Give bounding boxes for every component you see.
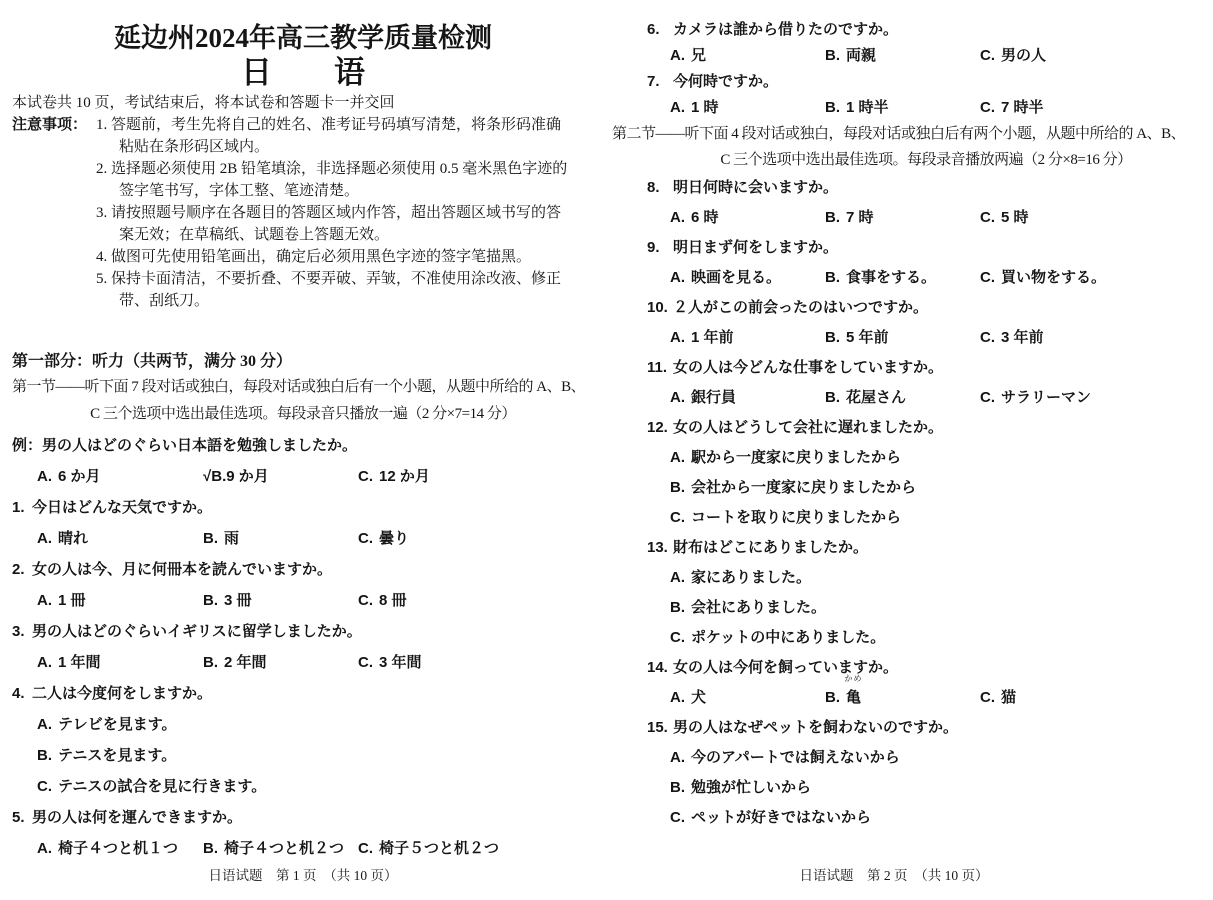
option-b-label: B.	[825, 683, 846, 713]
option-a-text: 1 時	[691, 99, 719, 116]
option-b-label: B.	[203, 833, 224, 864]
option-a: A.椅子４つと机１つ	[37, 833, 203, 864]
question-text: 今日はどんな天気ですか。	[32, 492, 212, 523]
question-number: 7.	[647, 69, 673, 95]
question-text: 女の人は今、月に何冊本を読んでいますか。	[32, 554, 332, 585]
option-b-text: 9 か月	[226, 468, 269, 485]
question-13: 13. 財布はどこにありましたか。	[647, 533, 1205, 563]
option-c-label: C.	[980, 43, 1001, 69]
option-a-label: A.	[37, 709, 58, 740]
option-b-label: B.	[825, 263, 846, 293]
option-c: C.5 時	[980, 203, 1029, 233]
option-c-label: C.	[358, 647, 379, 678]
option-b: B.両親	[825, 43, 980, 69]
notice-item-1: 1. 答题前，考生先将自己的姓名、准考证号码填写清楚，将条形码准确粘贴在条形码区…	[96, 114, 568, 158]
option-c-label: C.	[980, 203, 1001, 233]
question-15: 15. 男の人はなぜペットを飼わないのですか。	[647, 713, 1205, 743]
example-options: A.6 か月 √B.9 か月 C.12 か月	[12, 461, 594, 492]
option-a: A.6 か月	[37, 461, 203, 492]
question-9: 9. 明日まず何をしますか。	[647, 233, 1205, 263]
page-title: 延边州2024年高三教学质量检测	[12, 22, 594, 54]
option-a: A.映画を見る。	[670, 263, 825, 293]
option-b-text: 両親	[846, 47, 876, 64]
option-c: C.猫	[980, 683, 1016, 713]
option-a-label: A.	[670, 95, 691, 121]
option-b-label: B.	[825, 383, 846, 413]
option-b: B.かめ亀	[825, 683, 980, 713]
option-a: A.駅から一度家に戻りましたから	[647, 443, 1205, 473]
question-7-options: A.1 時 B.1 時半 C.7 時半	[647, 95, 1205, 121]
option-b-text: 会社にありました。	[691, 599, 826, 616]
option-a: A.1 年前	[670, 323, 825, 353]
question-8: 8. 明日何時に会いますか。	[647, 173, 1205, 203]
option-c-text: ペットが好きではないから	[691, 809, 871, 826]
question-12: 12. 女の人はどうして会社に遅れましたか。	[647, 413, 1205, 443]
option-b-text: 勉強が忙しいから	[691, 779, 811, 796]
subject-title: 日 语	[12, 54, 594, 92]
question-11: 11. 女の人は今どんな仕事をしていますか。	[647, 353, 1205, 383]
question-6-options: A.兄 B.両親 C.男の人	[647, 43, 1205, 69]
option-a-text: 駅から一度家に戻りましたから	[691, 449, 901, 466]
option-b: B.5 年前	[825, 323, 980, 353]
option-b-text: 雨	[224, 530, 239, 547]
option-c-text: 曇り	[379, 530, 409, 547]
option-c-text: 5 時	[1001, 209, 1029, 226]
option-a: A.テレビを見ます。	[12, 709, 594, 740]
part1-heading: 第一部分：听力（共两节，满分 30 分）	[12, 350, 594, 374]
option-c-label: C.	[670, 503, 691, 533]
option-b-label: B.	[825, 203, 846, 233]
notice-item-3: 3. 请按照题号顺序在各题目的答题区域内作答，超出答题区域书写的答案无效；在草稿…	[96, 202, 568, 246]
notice-item-2: 2. 选择题必须使用 2B 铅笔填涂，非选择题必须使用 0.5 毫米黑色字迹的签…	[96, 158, 568, 202]
option-a-text: 6 か月	[58, 468, 101, 485]
option-b-label: B.	[203, 523, 224, 554]
question-5: 5. 男の人は何を運んできますか。	[12, 802, 594, 833]
option-b-label: B.	[203, 585, 224, 616]
notice-item-5: 5. 保持卡面清洁，不要折叠、不要弄破、弄皱，不准使用涂改液、修正带、刮纸刀。	[96, 268, 568, 312]
option-a-label: A.	[37, 833, 58, 864]
option-c: C.8 冊	[358, 585, 407, 616]
option-a-label: A.	[37, 523, 58, 554]
option-a-text: 今のアパートでは飼えないから	[691, 749, 900, 766]
option-a-text: 晴れ	[58, 530, 88, 547]
question-number: 5.	[12, 802, 32, 833]
option-a-label: A.	[670, 563, 691, 593]
option-b-label: B.	[670, 593, 691, 623]
section2-intro-line2: C 三个选项中选出最佳选项。每段录音播放两遍（2 分×8=16 分）	[647, 147, 1205, 173]
question-3: 3. 男の人はどのぐらいイギリスに留学しましたか。	[12, 616, 594, 647]
option-c-text: 買い物をする。	[1001, 269, 1106, 286]
option-b: B.会社にありました。	[647, 593, 1205, 623]
option-b: B.テニスを見ます。	[12, 740, 594, 771]
question-4: 4. 二人は今度何をしますか。	[12, 678, 594, 709]
question-number: 8.	[647, 173, 673, 203]
question-number: 1.	[12, 492, 32, 523]
option-a-text: 銀行員	[691, 389, 736, 406]
option-b: B.3 冊	[203, 585, 358, 616]
option-c-text: テニスの試合を見に行きます。	[58, 778, 266, 795]
option-b-label: B.	[825, 43, 846, 69]
option-a-text: 1 冊	[58, 592, 86, 609]
option-b: B.花屋さん	[825, 383, 980, 413]
question-text: 男の人は何を運んできますか。	[32, 802, 242, 833]
question-text: 明日まず何をしますか。	[673, 233, 838, 263]
option-c-label: C.	[670, 623, 691, 653]
option-c-label: C.	[358, 833, 379, 864]
option-b-text: 7 時	[846, 209, 874, 226]
question-number: 3.	[12, 616, 32, 647]
option-b-label: B.	[203, 647, 224, 678]
example-label: 例：	[12, 430, 42, 461]
option-c-label: C.	[980, 263, 1001, 293]
document: 延边州2024年高三教学质量检测 日 语 本试卷共 10 页，考试结束后，将本试…	[0, 0, 1213, 900]
option-b-label: B.	[825, 95, 846, 121]
kame-with-furigana: かめ亀	[846, 683, 861, 713]
question-11-options: A.銀行員 B.花屋さん C.サラリーマン	[647, 383, 1205, 413]
option-c-label: C.	[670, 803, 691, 833]
option-c: C.ペットが好きではないから	[647, 803, 1205, 833]
option-b: B.雨	[203, 523, 358, 554]
question-text: 今何時ですか。	[673, 69, 778, 95]
option-a-text: 家にありました。	[691, 569, 811, 586]
option-a-text: 椅子４つと机１つ	[58, 840, 178, 857]
furigana: かめ	[845, 675, 863, 683]
option-b-text: 5 年前	[846, 329, 889, 346]
option-c: C.曇り	[358, 523, 409, 554]
option-c-text: ポケットの中にありました。	[691, 629, 885, 646]
option-c-label: C.	[358, 585, 379, 616]
option-a-text: テレビを見ます。	[58, 716, 177, 733]
option-c-text: 12 か月	[379, 468, 430, 485]
option-c-text: 男の人	[1001, 47, 1046, 64]
option-b: B.会社から一度家に戻りましたから	[647, 473, 1205, 503]
question-5-options: A.椅子４つと机１つ B.椅子４つと机２つ C.椅子５つと机２つ	[12, 833, 594, 864]
option-a: A.兄	[670, 43, 825, 69]
option-b-text: 3 冊	[224, 592, 252, 609]
question-number: 13.	[647, 533, 673, 563]
option-c: C.サラリーマン	[980, 383, 1091, 413]
notice-items: 1. 答题前，考生先将自己的姓名、准考证号码填写清楚，将条形码准确粘贴在条形码区…	[96, 114, 568, 312]
question-14-options: A.犬 B.かめ亀 C.猫	[647, 683, 1205, 713]
option-a-text: 1 年前	[691, 329, 734, 346]
option-c-text: 7 時半	[1001, 99, 1044, 116]
notice-label: 注意事项：	[12, 114, 96, 312]
option-c-label: C.	[980, 383, 1001, 413]
question-text: 女の人は今何を飼っていますか。	[673, 653, 898, 683]
option-a-text: 犬	[691, 689, 706, 706]
question-number: 6.	[647, 17, 673, 43]
option-a-label: A.	[670, 443, 691, 473]
page-2: 6. カメラは誰から借りたのですか。 A.兄 B.両親 C.男の人 7. 今何時…	[607, 0, 1213, 900]
example-text: 男の人はどのぐらい日本語を勉強しましたか。	[42, 430, 357, 461]
option-a: A.1 年間	[37, 647, 203, 678]
option-a: A.犬	[670, 683, 825, 713]
option-b-text: 花屋さん	[846, 389, 906, 406]
question-number: 12.	[647, 413, 673, 443]
question-8-options: A.6 時 B.7 時 C.5 時	[647, 203, 1205, 233]
option-b-text: テニスを見ます。	[58, 747, 176, 764]
option-b: B.1 時半	[825, 95, 980, 121]
page2-footer: 日语试题 第 2 页 （共 10 页）	[607, 864, 1213, 884]
option-b-text: 2 年間	[224, 654, 267, 671]
question-2-options: A.1 冊 B.3 冊 C.8 冊	[12, 585, 594, 616]
option-a-label: A.	[670, 43, 691, 69]
question-1-options: A.晴れ B.雨 C.曇り	[12, 523, 594, 554]
option-c: C.買い物をする。	[980, 263, 1106, 293]
question-number: 4.	[12, 678, 32, 709]
option-c: C.男の人	[980, 43, 1046, 69]
question-text: 明日何時に会いますか。	[673, 173, 838, 203]
option-c-text: 3 年前	[1001, 329, 1044, 346]
option-b-text: 亀	[846, 689, 861, 706]
question-3-options: A.1 年間 B.2 年間 C.3 年間	[12, 647, 594, 678]
page-1: 延边州2024年高三教学质量检测 日 语 本试卷共 10 页，考试结束后，将本试…	[0, 0, 606, 900]
question-text: 女の人はどうして会社に遅れましたか。	[673, 413, 943, 443]
option-a-label: A.	[670, 263, 691, 293]
question-14: 14. 女の人は今何を飼っていますか。	[647, 653, 1205, 683]
option-b: B.椅子４つと机２つ	[203, 833, 358, 864]
question-text: 男の人はなぜペットを飼わないのですか。	[673, 713, 958, 743]
option-c: C.ポケットの中にありました。	[647, 623, 1205, 653]
option-b-text: 椅子４つと机２つ	[224, 840, 344, 857]
option-b-label: B.	[670, 473, 691, 503]
option-b-label: √B.	[203, 461, 226, 492]
question-number: 11.	[647, 353, 673, 383]
option-b: B.2 年間	[203, 647, 358, 678]
option-a-label: A.	[670, 683, 691, 713]
option-c: C.椅子５つと机２つ	[358, 833, 499, 864]
question-number: 15.	[647, 713, 673, 743]
option-a-text: 兄	[691, 47, 706, 64]
option-a: A.今のアパートでは飼えないから	[647, 743, 1205, 773]
question-9-options: A.映画を見る。 B.食事をする。 C.買い物をする。	[647, 263, 1205, 293]
question-text: 男の人はどのぐらいイギリスに留学しましたか。	[32, 616, 362, 647]
page1-footer: 日语试题 第 1 页 （共 10 页）	[0, 864, 606, 884]
option-a: A.晴れ	[37, 523, 203, 554]
option-a-text: 映画を見る。	[691, 269, 781, 286]
question-text: ２人がこの前会ったのはいつですか。	[673, 293, 928, 323]
option-c-text: サラリーマン	[1001, 389, 1091, 406]
option-a-label: A.	[670, 203, 691, 233]
option-c: C.3 年間	[358, 647, 422, 678]
example-question: 例： 男の人はどのぐらい日本語を勉強しましたか。	[12, 430, 594, 461]
option-c: C.テニスの試合を見に行きます。	[12, 771, 594, 802]
option-a: A.1 時	[670, 95, 825, 121]
option-c: C.コートを取りに戻りましたから	[647, 503, 1205, 533]
option-c: C.3 年前	[980, 323, 1044, 353]
option-a-label: A.	[37, 585, 58, 616]
option-c: C.7 時半	[980, 95, 1044, 121]
option-c-label: C.	[358, 461, 379, 492]
return-note: 本试卷共 10 页，考试结束后，将本试卷和答题卡一并交回	[12, 92, 594, 114]
question-number: 2.	[12, 554, 32, 585]
question-text: 財布はどこにありましたか。	[673, 533, 868, 563]
option-c-label: C.	[37, 771, 58, 802]
option-a: A.1 冊	[37, 585, 203, 616]
question-2: 2. 女の人は今、月に何冊本を読んでいますか。	[12, 554, 594, 585]
option-b-label: B.	[37, 740, 58, 771]
option-a-label: A.	[37, 647, 58, 678]
option-b-label: B.	[670, 773, 691, 803]
option-b: B.食事をする。	[825, 263, 980, 293]
option-a-label: A.	[37, 461, 58, 492]
question-number: 14.	[647, 653, 673, 683]
option-a-text: 1 年間	[58, 654, 101, 671]
option-b-text: 1 時半	[846, 99, 889, 116]
notice-item-4: 4. 做图可先使用铅笔画出，确定后必须用黑色字迹的签字笔描黑。	[96, 246, 568, 268]
option-c-text: 3 年間	[379, 654, 422, 671]
section2-intro-line1: 第二节——听下面 4 段对话或独白，每段对话或独白后有两个小题，从题中所给的 A…	[612, 121, 1205, 147]
option-b-text: 食事をする。	[846, 269, 936, 286]
option-a: A.銀行員	[670, 383, 825, 413]
option-b: B.7 時	[825, 203, 980, 233]
question-text: 二人は今度何をしますか。	[32, 678, 212, 709]
option-b: B.勉強が忙しいから	[647, 773, 1205, 803]
option-b-text: 会社から一度家に戻りましたから	[691, 479, 916, 496]
option-c-label: C.	[358, 523, 379, 554]
option-a: A.6 時	[670, 203, 825, 233]
option-c-text: コートを取りに戻りましたから	[691, 509, 901, 526]
section1-intro-line1: 第一节——听下面 7 段对话或独白，每段对话或独白后有一个小题，从题中所给的 A…	[12, 374, 594, 401]
option-b-label: B.	[825, 323, 846, 353]
option-a: A.家にありました。	[647, 563, 1205, 593]
question-6: 6. カメラは誰から借りたのですか。	[647, 17, 1205, 43]
option-c-text: 8 冊	[379, 592, 407, 609]
question-7: 7. 今何時ですか。	[647, 69, 1205, 95]
option-a-label: A.	[670, 323, 691, 353]
option-c-label: C.	[980, 95, 1001, 121]
question-1: 1. 今日はどんな天気ですか。	[12, 492, 594, 523]
question-10: 10. ２人がこの前会ったのはいつですか。	[647, 293, 1205, 323]
question-number: 10.	[647, 293, 673, 323]
question-number: 9.	[647, 233, 673, 263]
question-10-options: A.1 年前 B.5 年前 C.3 年前	[647, 323, 1205, 353]
option-c-label: C.	[980, 683, 1001, 713]
option-b-checked: √B.9 か月	[203, 461, 358, 492]
option-a-label: A.	[670, 743, 691, 773]
section1-intro-line2: C 三个选项中选出最佳选项。每段录音只播放一遍（2 分×7=14 分）	[12, 401, 594, 428]
option-c: C.12 か月	[358, 461, 430, 492]
option-a-label: A.	[670, 383, 691, 413]
option-c-text: 椅子５つと机２つ	[379, 840, 499, 857]
question-text: 女の人は今どんな仕事をしていますか。	[673, 353, 943, 383]
option-c-label: C.	[980, 323, 1001, 353]
notice-block: 注意事项： 1. 答题前，考生先将自己的姓名、准考证号码填写清楚，将条形码准确粘…	[12, 114, 594, 312]
option-a-text: 6 時	[691, 209, 719, 226]
option-c-text: 猫	[1001, 689, 1016, 706]
question-text: カメラは誰から借りたのですか。	[673, 17, 898, 43]
